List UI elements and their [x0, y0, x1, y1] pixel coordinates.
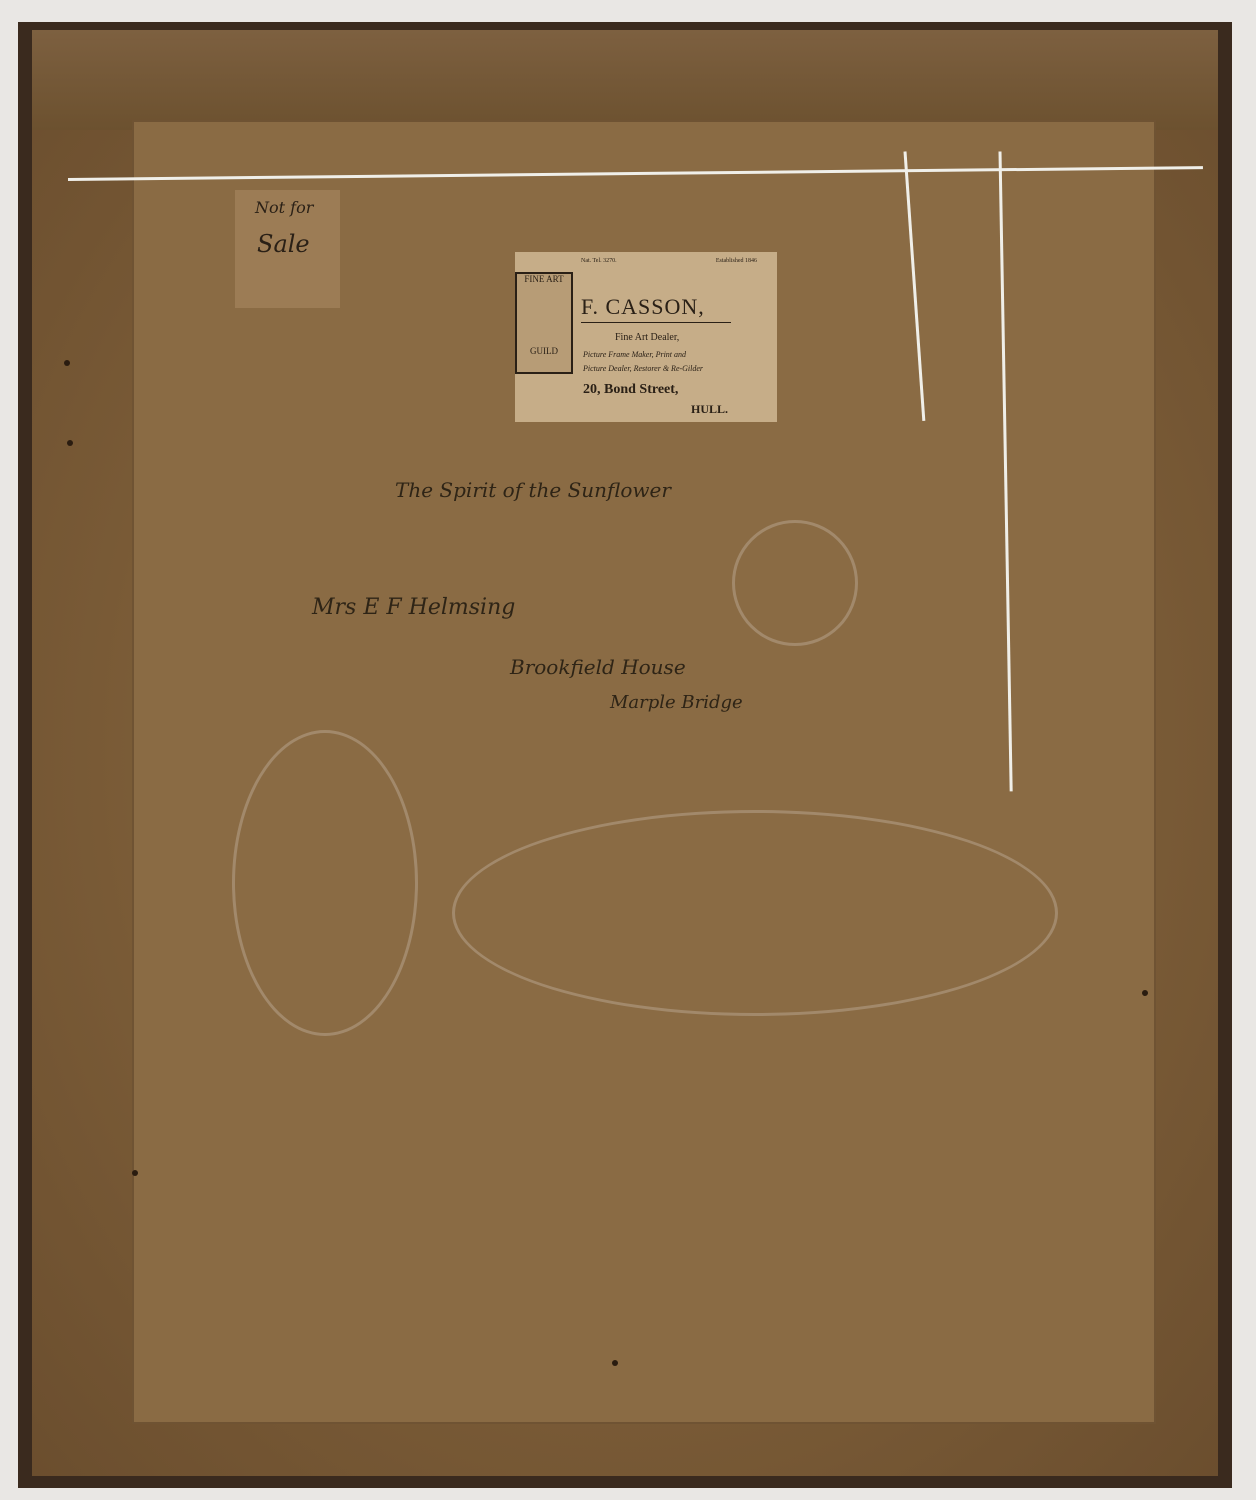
not-for-sale-note: Not for Sale [235, 190, 340, 308]
label-telephone: Nat. Tel. 3270. [581, 258, 617, 264]
label-city: HULL. [691, 402, 728, 417]
chalk-mark [232, 730, 418, 1036]
dealer-label: FINE ART GUILD Nat. Tel. 3270. Establish… [515, 252, 777, 422]
handwritten-title: The Spirit of the Sunflower [395, 478, 671, 502]
label-dealer-name: F. CASSON, [581, 294, 705, 320]
nail-hole [132, 1170, 138, 1176]
label-established: Established 1846 [716, 258, 757, 264]
label-line-2: Picture Frame Maker, Print and [583, 350, 686, 359]
label-rule [581, 322, 731, 323]
badge-bottom-text: GUILD [517, 346, 571, 356]
note-line-2: Sale [257, 230, 310, 258]
handwritten-owner: Mrs E F Helmsing [312, 595, 515, 620]
label-line-1: Fine Art Dealer, [615, 332, 679, 343]
frame-top-rail [32, 30, 1218, 130]
handwritten-house: Brookfield House [510, 655, 686, 679]
handwritten-place: Marple Bridge [610, 692, 743, 713]
note-line-1: Not for [255, 198, 313, 217]
nail-hole [612, 1360, 618, 1366]
backing-board [32, 30, 1218, 1476]
label-line-3: Picture Dealer, Restorer & Re-Gilder [583, 364, 703, 373]
chalk-mark [452, 810, 1058, 1016]
label-address: 20, Bond Street, [583, 382, 678, 398]
nail-hole [67, 440, 73, 446]
fine-art-guild-badge: FINE ART GUILD [515, 272, 573, 374]
chalk-mark [732, 520, 858, 646]
nail-hole [1142, 990, 1148, 996]
nail-hole [64, 360, 70, 366]
badge-top-text: FINE ART [517, 274, 571, 284]
